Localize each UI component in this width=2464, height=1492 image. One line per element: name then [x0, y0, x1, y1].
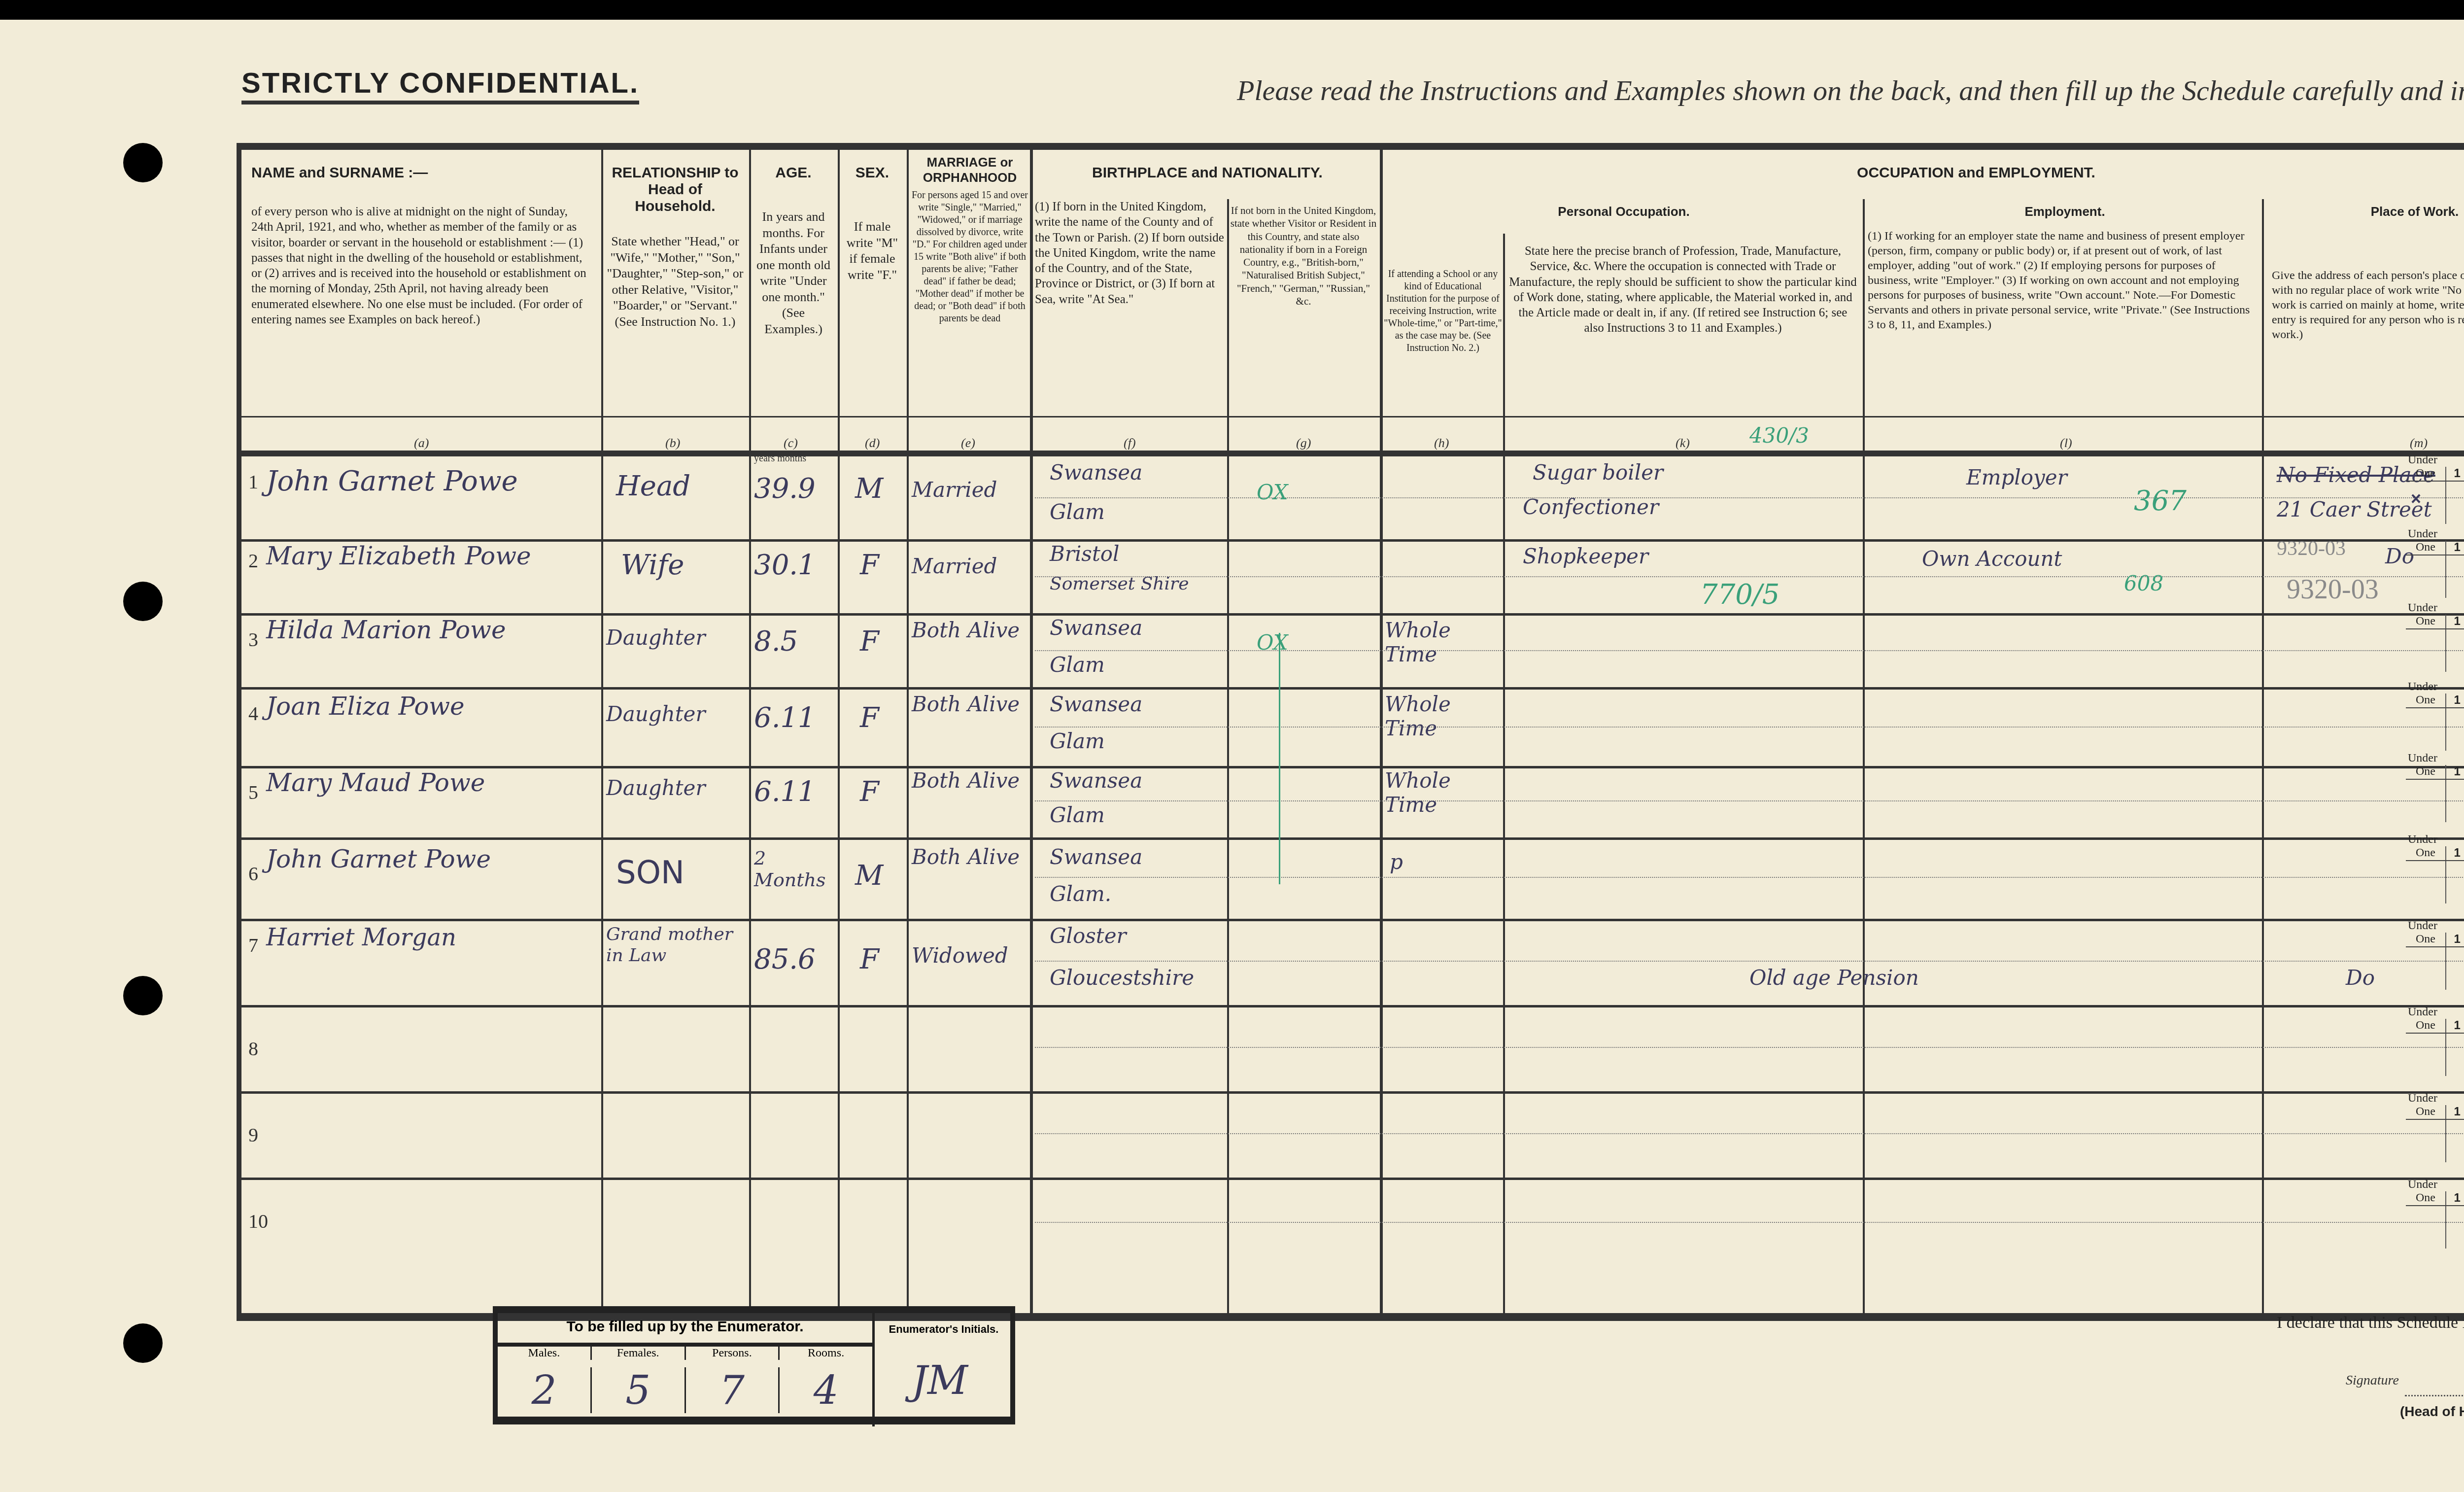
age-box[interactable] — [2406, 947, 2445, 990]
row5-school: Whole Time — [1385, 768, 1498, 817]
row2-place-code-top: 9320-03 — [2277, 537, 2346, 560]
under-label: Under — [2408, 527, 2437, 541]
age-box[interactable] — [2445, 482, 2464, 524]
row5-marriage: Both Alive — [912, 768, 1020, 793]
row3-school: Whole Time — [1385, 618, 1498, 666]
row-number: 10 — [248, 1210, 268, 1233]
col-b-instructions: State whether "Head," or "Wife," "Mother… — [606, 234, 744, 330]
age-grid: UnderAge last birthdayOne123456789101112… — [2406, 601, 2464, 672]
under-label: Under — [2408, 453, 2437, 467]
males-value: 2 — [498, 1367, 592, 1413]
age-grid: UnderAge last birthdayOne123456789101112… — [2406, 527, 2464, 598]
row-number: 7 — [248, 934, 258, 957]
age-box[interactable] — [2445, 1206, 2464, 1249]
row6-age: 2 Months — [754, 847, 833, 891]
row3-name: Hilda Marion Powe — [266, 616, 506, 644]
one-label: One — [2406, 615, 2445, 628]
age-box[interactable] — [2445, 1120, 2464, 1162]
row4-marriage: Both Alive — [912, 692, 1020, 716]
cross-mark: × — [2411, 488, 2421, 509]
row1-birthplace-1: Swansea — [1050, 460, 1142, 485]
row2-occupation-code: 770/5 — [1700, 579, 1780, 611]
row2-place-code: 9320-03 — [2287, 574, 2379, 605]
census-schedule-page: STRICTLY CONFIDENTIAL. Please read the I… — [0, 20, 2464, 1492]
under-label: Under — [2408, 752, 2437, 765]
row1-relationship: Head — [616, 470, 690, 502]
age-box[interactable] — [2445, 555, 2464, 598]
row-number: 5 — [248, 781, 258, 804]
confidential-title: STRICTLY CONFIDENTIAL. — [241, 67, 639, 104]
age-column-label: 1 — [2445, 694, 2464, 707]
col-letter: (c) — [784, 436, 798, 451]
age-box[interactable] — [2406, 1034, 2445, 1076]
row2-name: Mary Elizabeth Powe — [266, 542, 531, 570]
row7-marriage: Widowed — [912, 943, 1008, 968]
col-c-instructions: In years and months. For Infants under o… — [754, 209, 833, 337]
row1-nationality-mark: OX — [1257, 480, 1288, 504]
col-letter: (k) — [1676, 436, 1690, 451]
age-grid: UnderAge last birthdayOne123456789101112… — [2406, 752, 2464, 822]
persons-value: 7 — [686, 1367, 780, 1413]
age-box[interactable] — [2406, 1120, 2445, 1162]
row-number: 1 — [248, 470, 258, 493]
row4-birthplace-1: Swansea — [1050, 692, 1142, 716]
one-label: One — [2406, 1019, 2445, 1033]
age-column-label: 1 — [2445, 1019, 2464, 1033]
age-column-label: 1 — [2445, 615, 2464, 628]
row4-birthplace-2: Glam — [1050, 729, 1105, 753]
row-number: 8 — [248, 1037, 258, 1060]
one-label: One — [2406, 1105, 2445, 1119]
occupation-title: OCCUPATION and EMPLOYMENT. — [1385, 165, 2464, 181]
row2-marriage: Married — [912, 554, 997, 578]
row-number: 6 — [248, 862, 258, 885]
row3-birthplace-2: Glam — [1050, 653, 1105, 677]
rooms-label: Rooms. — [780, 1347, 872, 1360]
age-column-label: 1 — [2445, 765, 2464, 779]
col-e-title: MARRIAGE or ORPHANHOOD — [911, 155, 1029, 185]
age-grid: UnderAge last birthdayOne123456789101112… — [2406, 1006, 2464, 1076]
age-column-label: 1 — [2445, 1191, 2464, 1205]
declaration-text: I declare that this Schedule is correctl… — [2277, 1314, 2464, 1332]
row6-relationship: SON — [616, 855, 684, 891]
row4-name: Joan Eliza Powe — [266, 692, 465, 721]
row1-occupation-code: 430/3 — [1749, 423, 1809, 448]
age-grid: UnderAge last birthdayOne123456789101112… — [2406, 1092, 2464, 1162]
col-c-title: AGE. — [754, 165, 833, 181]
col-d-instructions: If male write "M" if female write "F." — [843, 219, 902, 283]
row-number: 4 — [248, 702, 258, 725]
age-column-label: 1 — [2445, 1105, 2464, 1119]
punch-hole — [123, 976, 163, 1015]
col-letter: (a) — [414, 436, 429, 451]
col-f-instructions: (1) If born in the United Kingdom, write… — [1035, 199, 1225, 307]
row1-occupation-2: Confectioner — [1523, 495, 1659, 519]
personal-occupation-title: Personal Occupation. — [1385, 204, 1863, 219]
row7-relationship: Grand mother in Law — [606, 924, 744, 966]
row-number: 2 — [248, 549, 258, 572]
age-column-label: 1 — [2445, 541, 2464, 555]
col-k-instructions: State here the precise branch of Profess… — [1508, 243, 1858, 336]
row7-birthplace-1: Gloster — [1050, 924, 1127, 948]
row4-age: 6.11 — [754, 702, 816, 734]
col-letter: (m) — [2410, 436, 2428, 451]
females-value: 5 — [592, 1367, 686, 1413]
row2-occupation: Shopkeeper — [1523, 544, 1648, 568]
age-column-label: 1 — [2445, 933, 2464, 946]
punch-hole — [123, 1323, 163, 1363]
row4-sex: F — [860, 702, 879, 734]
row2-employment-code: 608 — [2124, 571, 2163, 595]
row2-age: 30.1 — [754, 549, 816, 581]
col-h-instructions: If attending a School or any kind of Edu… — [1384, 268, 1502, 354]
enumerator-counts-box: To be filled up by the Enumerator. Enume… — [493, 1306, 1015, 1424]
row6-birthplace-2: Glam. — [1050, 882, 1111, 906]
age-box[interactable] — [2406, 1206, 2445, 1249]
row3-marriage: Both Alive — [912, 618, 1020, 642]
row5-sex: F — [860, 776, 879, 808]
row2-sex: F — [860, 549, 879, 581]
age-box[interactable] — [2406, 629, 2445, 672]
age-grid: UnderAge last birthdayOne123456789101112… — [2406, 453, 2464, 524]
one-label: One — [2406, 1191, 2445, 1205]
col-g-instructions: If not born in the United Kingdom, state… — [1230, 204, 1377, 308]
age-box[interactable] — [2406, 708, 2445, 751]
row-number: 3 — [248, 628, 258, 651]
row1-employment-code: 367 — [2134, 485, 2187, 517]
row3-age: 8.5 — [754, 625, 798, 658]
under-label: Under — [2408, 1006, 2437, 1019]
col-letter: (h) — [1434, 436, 1449, 451]
age-grid: UnderAge last birthdayOne123456789101112… — [2406, 1178, 2464, 1249]
row6-marriage: Both Alive — [912, 845, 1020, 869]
signature-note: (Head of Household, Manager of Establish… — [2400, 1404, 2464, 1420]
row2-birthplace-2: Somerset Shire — [1050, 574, 1189, 594]
under-label: Under — [2408, 680, 2437, 694]
under-label: Under — [2408, 601, 2437, 615]
row7-age: 85.6 — [754, 943, 816, 975]
row5-birthplace-1: Swansea — [1050, 768, 1142, 793]
row7-birthplace-2: Gloucestshire — [1050, 966, 1194, 990]
row1-occupation-1: Sugar boiler — [1533, 460, 1663, 485]
age-box[interactable] — [2445, 708, 2464, 751]
row7-name: Harriet Morgan — [266, 924, 456, 951]
col-d-title: SEX. — [843, 165, 902, 181]
row2-relationship: Wife — [621, 549, 684, 581]
row5-age: 6.11 — [754, 776, 816, 808]
under-label: Under — [2408, 1178, 2437, 1191]
row3-nationality-mark: OX — [1257, 630, 1288, 655]
age-box[interactable] — [2406, 555, 2445, 598]
under-label: Under — [2408, 919, 2437, 933]
row3-birthplace-1: Swansea — [1050, 616, 1142, 640]
age-box[interactable] — [2445, 780, 2464, 822]
rooms-value: 4 — [780, 1367, 872, 1413]
row1-name: John Garnet Powe — [266, 465, 518, 497]
one-label: One — [2406, 467, 2445, 481]
col-m-instructions: Give the address of each person's place … — [2272, 268, 2464, 342]
row3-relationship: Daughter — [606, 625, 706, 650]
row2-employment: Own Account — [1922, 547, 2062, 571]
col-letter: (l) — [2060, 436, 2072, 451]
age-grid: UnderAge last birthdayOne123456789101112… — [2406, 833, 2464, 903]
signature-line — [2405, 1395, 2464, 1396]
one-label: One — [2406, 765, 2445, 779]
age-box[interactable] — [2445, 947, 2464, 990]
age-sub-header: years months — [754, 453, 806, 464]
col-m-title: Place of Work. — [2267, 204, 2464, 219]
females-label: Females. — [592, 1347, 686, 1360]
age-box[interactable] — [2445, 629, 2464, 672]
age-box[interactable] — [2406, 780, 2445, 822]
age-grid: UnderAge last birthdayOne123456789101112… — [2406, 919, 2464, 990]
persons-label: Persons. — [686, 1347, 780, 1360]
age-column-label: 1 — [2445, 467, 2464, 481]
age-box[interactable] — [2445, 1034, 2464, 1076]
row7-occupation: Old age Pension — [1749, 966, 1919, 990]
age-box[interactable]: × — [2406, 482, 2445, 524]
col-letter: (b) — [665, 436, 680, 451]
one-label: One — [2406, 933, 2445, 946]
col-l-instructions: (1) If working for an employer state the… — [1868, 229, 2257, 332]
instructions-line: Please read the Instructions and Example… — [1237, 74, 2464, 107]
enumerator-initials: JM — [912, 1357, 968, 1403]
col-letter: (g) — [1296, 436, 1311, 451]
age-grid: UnderAge last birthdayOne123456789101112… — [2406, 680, 2464, 751]
age-box[interactable] — [2406, 861, 2445, 903]
col-b-title: RELATIONSHIP to Head of Household. — [606, 165, 744, 215]
row1-age: 39.9 — [754, 473, 816, 505]
punch-hole — [123, 582, 163, 621]
col-letter: (e) — [961, 436, 975, 451]
col-a-title: NAME and SURNAME :— — [251, 165, 428, 181]
row4-relationship: Daughter — [606, 702, 706, 726]
punch-hole — [123, 143, 163, 182]
census-table: NAME and SURNAME :— of every person who … — [237, 143, 2464, 1321]
col-l-title: Employment. — [1868, 204, 2262, 219]
under-label: Under — [2408, 1092, 2437, 1105]
one-label: One — [2406, 694, 2445, 707]
under-label: Under — [2408, 833, 2437, 846]
row3-sex: F — [860, 625, 879, 658]
males-label: Males. — [498, 1347, 592, 1360]
row6-name: John Garnet Powe — [266, 845, 491, 873]
row6-birthplace-1: Swansea — [1050, 845, 1142, 869]
one-label: One — [2406, 846, 2445, 860]
row-number: 9 — [248, 1123, 258, 1146]
row7-sex: F — [860, 943, 879, 975]
row4-school: Whole Time — [1385, 692, 1498, 740]
row7-place-of-work: Do — [2346, 966, 2375, 990]
age-column-label: 1 — [2445, 846, 2464, 860]
row6-sex: M — [855, 860, 883, 892]
row1-birthplace-2: Glam — [1050, 500, 1105, 524]
signature-label: Signature — [2346, 1373, 2399, 1388]
row1-employment: Employer — [1966, 465, 2067, 489]
row5-relationship: Daughter — [606, 776, 706, 800]
age-box[interactable] — [2445, 861, 2464, 903]
col-letter: (f) — [1124, 436, 1136, 451]
col-e-instructions: For persons aged 15 and over write "Sing… — [911, 189, 1029, 325]
row1-sex: M — [855, 473, 883, 505]
row2-birthplace-1: Bristol — [1050, 542, 1120, 566]
row5-name: Mary Maud Powe — [266, 768, 485, 797]
col-a-instructions: of every person who is alive at midnight… — [251, 204, 591, 327]
enumerator-counts-title: To be filled up by the Enumerator. — [498, 1313, 872, 1347]
row1-marriage: Married — [912, 478, 997, 502]
col-letter: (d) — [865, 436, 880, 451]
row5-birthplace-2: Glam — [1050, 803, 1105, 827]
row6-school: p — [1390, 850, 1403, 874]
birthplace-title: BIRTHPLACE and NATIONALITY. — [1035, 165, 1380, 181]
one-label: One — [2406, 541, 2445, 555]
